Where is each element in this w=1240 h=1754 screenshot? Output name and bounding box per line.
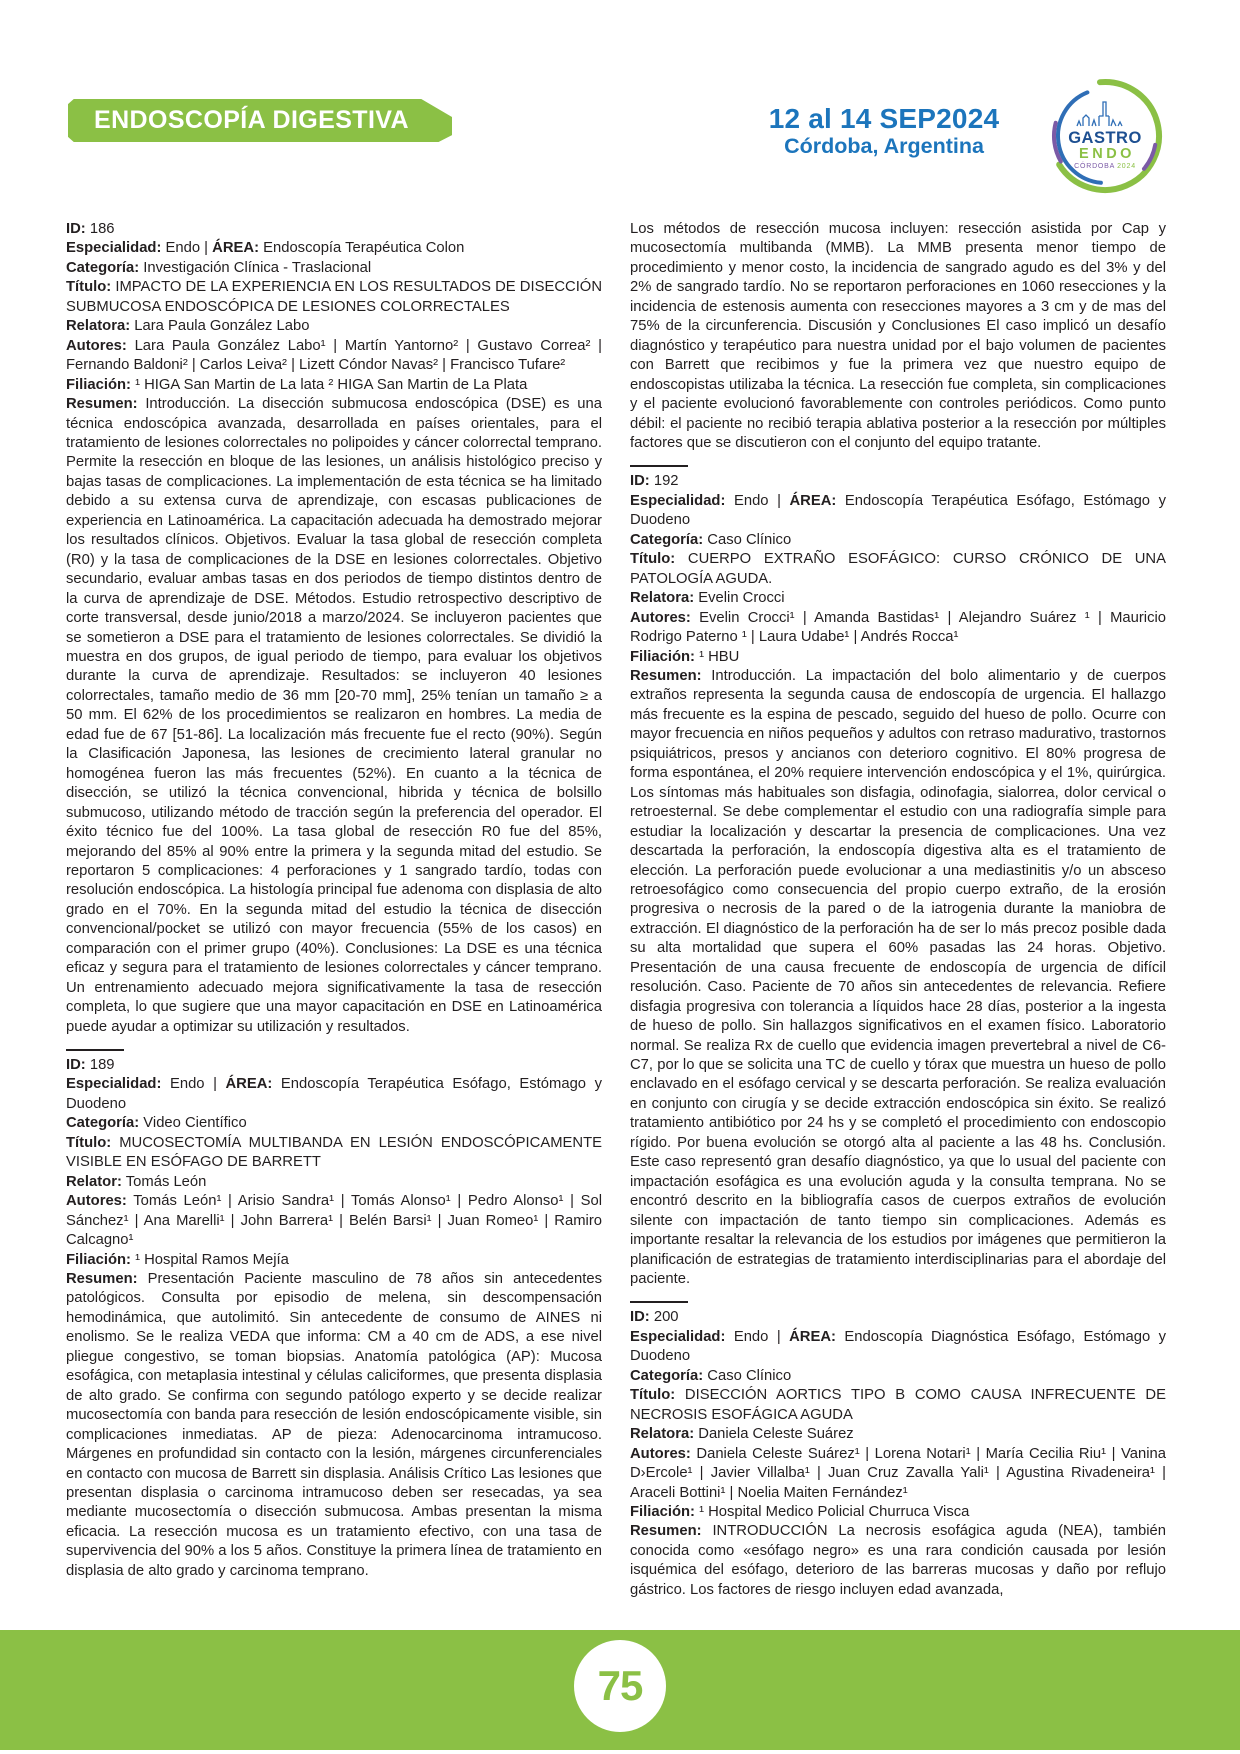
field-text: Investigación Clínica - Traslacional bbox=[139, 260, 371, 276]
field-text: 186 bbox=[86, 221, 115, 237]
abstract-189-relator: Relator: Tomás León bbox=[66, 1173, 602, 1192]
field-label: Categoría: bbox=[630, 1368, 703, 1384]
field-label: ID: bbox=[66, 1057, 86, 1073]
event-location: Córdoba, Argentina bbox=[759, 134, 1009, 158]
field-label: Filiación: bbox=[630, 1504, 695, 1520]
abstract-200-categoria: Categoría: Caso Clínico bbox=[630, 1367, 1166, 1386]
field-label: Resumen: bbox=[630, 1523, 702, 1539]
abstract-200-filiacion: Filiación: ¹ Hospital Medico Policial Ch… bbox=[630, 1503, 1166, 1522]
field-label: Especialidad: bbox=[630, 1329, 725, 1345]
field-text: Lara Paula González Labo¹ | Martín Yanto… bbox=[66, 338, 602, 373]
abstract-189-resumen: Resumen: Presentación Paciente masculino… bbox=[66, 1270, 602, 1581]
field-text: ¹ HIGA San Martin de La lata ² HIGA San … bbox=[131, 377, 527, 393]
field-label: Categoría: bbox=[66, 1115, 139, 1131]
logo-line2: ENDO bbox=[1079, 146, 1135, 162]
gastroendo-logo-svg: GASTRO ENDO CÓRDOBA2024 bbox=[1045, 76, 1165, 196]
left-column: ID: 186Especialidad: Endo | ÁREA: Endosc… bbox=[66, 220, 602, 1628]
abstract-189-id: ID: 189 bbox=[66, 1056, 602, 1075]
field-text: Introducción. La impactación del bolo al… bbox=[630, 668, 1166, 1287]
field-text: Tomás León¹ | Arisio Sandra¹ | Tomás Alo… bbox=[66, 1193, 602, 1248]
field-text: Daniela Celeste Suárez¹ | Lorena Notari¹… bbox=[630, 1446, 1166, 1501]
abstract-192-titulo: Título: CUERPO EXTRAÑO ESOFÁGICO: CURSO … bbox=[630, 550, 1166, 589]
field-text: Endo | bbox=[725, 493, 789, 509]
page-number-badge: 75 bbox=[574, 1640, 666, 1732]
abstract-189-categoria: Categoría: Video Científico bbox=[66, 1114, 602, 1133]
field-text: Caso Clínico bbox=[703, 1368, 791, 1384]
abstract-186-resumen: Resumen: Introducción. La disección subm… bbox=[66, 395, 602, 1037]
field-text: DISECCIÓN AORTICS TIPO B COMO CAUSA INFR… bbox=[630, 1387, 1166, 1422]
abstract-192-filiacion: Filiación: ¹ HBU bbox=[630, 648, 1166, 667]
field-label: Título: bbox=[66, 1135, 111, 1151]
field-text: Evelin Crocci¹ | Amanda Bastidas¹ | Alej… bbox=[630, 610, 1166, 645]
skyline-icon bbox=[1077, 102, 1122, 126]
abstract-200-especialidad: Especialidad: Endo | ÁREA: Endoscopía Di… bbox=[630, 1328, 1166, 1367]
field-label: Resumen: bbox=[66, 1271, 138, 1287]
field-text: Lara Paula González Labo bbox=[130, 318, 309, 334]
abstract-192-id: ID: 192 bbox=[630, 472, 1166, 491]
logo-line1: GASTRO bbox=[1068, 129, 1142, 147]
field-label: Resumen: bbox=[66, 396, 138, 412]
field-text: ¹ Hospital Medico Policial Churruca Visc… bbox=[695, 1504, 969, 1520]
field-label: ÁREA: bbox=[790, 493, 837, 509]
field-label: Autores: bbox=[66, 1193, 127, 1209]
field-label: Categoría: bbox=[66, 260, 139, 276]
field-label: Relatora: bbox=[630, 590, 694, 606]
abstract-book-page: ENDOSCOPÍA DIGESTIVA 12 al 14 SEP2024 Có… bbox=[0, 0, 1240, 1754]
page-number: 75 bbox=[598, 1662, 643, 1710]
abstract-192-autores: Autores: Evelin Crocci¹ | Amanda Bastida… bbox=[630, 609, 1166, 648]
abstract-186-relatora: Relatora: Lara Paula González Labo bbox=[66, 317, 602, 336]
abstract-200-id: ID: 200 bbox=[630, 1308, 1166, 1327]
field-label: ÁREA: bbox=[212, 240, 259, 256]
abstract-189-autores: Autores: Tomás León¹ | Arisio Sandra¹ | … bbox=[66, 1192, 602, 1250]
event-date-block: 12 al 14 SEP2024 Córdoba, Argentina bbox=[759, 103, 1009, 158]
field-label: Resumen: bbox=[630, 668, 702, 684]
field-label: Autores: bbox=[630, 1446, 691, 1462]
field-text: CUERPO EXTRAÑO ESOFÁGICO: CURSO CRÓNICO … bbox=[630, 551, 1166, 586]
separator-line bbox=[630, 1301, 688, 1303]
field-text: Caso Clínico bbox=[703, 532, 791, 548]
abstract-200-titulo: Título: DISECCIÓN AORTICS TIPO B COMO CA… bbox=[630, 1386, 1166, 1425]
gastroendo-logo-icon: GASTRO ENDO CÓRDOBA2024 bbox=[1045, 76, 1165, 196]
field-text: ¹ Hospital Ramos Mejía bbox=[131, 1252, 289, 1268]
field-text: Tomás León bbox=[122, 1174, 206, 1190]
abstract-192-relatora: Relatora: Evelin Crocci bbox=[630, 589, 1166, 608]
field-text: MUCOSECTOMÍA MULTIBANDA EN LESIÓN ENDOSC… bbox=[66, 1135, 602, 1170]
field-text: Endo | bbox=[161, 240, 212, 256]
field-text: 192 bbox=[650, 473, 679, 489]
field-text: IMPACTO DE LA EXPERIENCIA EN LOS RESULTA… bbox=[66, 279, 602, 314]
abstract-186-id: ID: 186 bbox=[66, 220, 602, 239]
abstract-189-continuation: Los métodos de resección mucosa incluyen… bbox=[630, 220, 1166, 453]
abstract-200-autores: Autores: Daniela Celeste Suárez¹ | Loren… bbox=[630, 1445, 1166, 1503]
abstract-192-especialidad: Especialidad: Endo | ÁREA: Endoscopía Te… bbox=[630, 492, 1166, 531]
field-label: ID: bbox=[66, 221, 86, 237]
field-label: Autores: bbox=[66, 338, 127, 354]
logo-line3: CÓRDOBA2024 bbox=[1074, 161, 1136, 170]
separator-line bbox=[66, 1049, 124, 1051]
abstract-186-filiacion: Filiación: ¹ HIGA San Martin de La lata … bbox=[66, 376, 602, 395]
field-label: Relator: bbox=[66, 1174, 122, 1190]
abstract-200-resumen: Resumen: INTRODUCCIÓN La necrosis esofág… bbox=[630, 1522, 1166, 1600]
abstract-200-relatora: Relatora: Daniela Celeste Suárez bbox=[630, 1425, 1166, 1444]
right-column: Los métodos de resección mucosa incluyen… bbox=[630, 220, 1166, 1628]
field-label: Título: bbox=[630, 551, 675, 567]
field-label: Filiación: bbox=[66, 377, 131, 393]
abstract-189-especialidad: Especialidad: Endo | ÁREA: Endoscopía Te… bbox=[66, 1075, 602, 1114]
field-text: Presentación Paciente masculino de 78 añ… bbox=[66, 1271, 602, 1579]
field-label: Relatora: bbox=[66, 318, 130, 334]
abstract-189-titulo: Título: MUCOSECTOMÍA MULTIBANDA EN LESIÓ… bbox=[66, 1134, 602, 1173]
field-label: Título: bbox=[66, 279, 111, 295]
section-banner-label: ENDOSCOPÍA DIGESTIVA bbox=[68, 106, 409, 135]
field-text: ¹ HBU bbox=[695, 649, 739, 665]
abstracts-content: ID: 186Especialidad: Endo | ÁREA: Endosc… bbox=[66, 220, 1166, 1628]
abstract-192-resumen: Resumen: Introducción. La impactación de… bbox=[630, 667, 1166, 1290]
field-text: Endoscopía Terapéutica Colon bbox=[259, 240, 464, 256]
field-text: Introducción. La disección submucosa end… bbox=[66, 396, 602, 1035]
abstract-192-categoria: Categoría: Caso Clínico bbox=[630, 531, 1166, 550]
abstract-186-autores: Autores: Lara Paula González Labo¹ | Mar… bbox=[66, 337, 602, 376]
field-label: Especialidad: bbox=[630, 493, 725, 509]
field-label: ID: bbox=[630, 1309, 650, 1325]
field-label: ÁREA: bbox=[789, 1329, 836, 1345]
field-label: Filiación: bbox=[66, 1252, 131, 1268]
field-text: Endo | bbox=[161, 1076, 225, 1092]
field-label: Filiación: bbox=[630, 649, 695, 665]
field-text: Endo | bbox=[725, 1329, 789, 1345]
event-dates: 12 al 14 SEP2024 bbox=[759, 103, 1009, 134]
field-text: Evelin Crocci bbox=[694, 590, 784, 606]
field-label: Título: bbox=[630, 1387, 675, 1403]
field-text: INTRODUCCIÓN La necrosis esofágica aguda… bbox=[630, 1523, 1166, 1597]
field-label: Especialidad: bbox=[66, 1076, 161, 1092]
field-text: Los métodos de resección mucosa incluyen… bbox=[630, 221, 1166, 451]
abstract-186-especialidad: Especialidad: Endo | ÁREA: Endoscopía Te… bbox=[66, 239, 602, 258]
field-label: Relatora: bbox=[630, 1426, 694, 1442]
abstract-186-categoria: Categoría: Investigación Clínica - Trasl… bbox=[66, 259, 602, 278]
field-label: Categoría: bbox=[630, 532, 703, 548]
field-label: ÁREA: bbox=[226, 1076, 273, 1092]
logo-line3-year: 2024 bbox=[1117, 163, 1136, 170]
section-banner: ENDOSCOPÍA DIGESTIVA bbox=[68, 99, 452, 142]
separator-line bbox=[630, 465, 688, 467]
field-text: 189 bbox=[86, 1057, 115, 1073]
field-text: Video Científico bbox=[139, 1115, 246, 1131]
abstract-189-filiacion: Filiación: ¹ Hospital Ramos Mejía bbox=[66, 1251, 602, 1270]
field-label: Autores: bbox=[630, 610, 691, 626]
field-label: ID: bbox=[630, 473, 650, 489]
field-text: 200 bbox=[650, 1309, 679, 1325]
abstract-186-titulo: Título: IMPACTO DE LA EXPERIENCIA EN LOS… bbox=[66, 278, 602, 317]
logo-line3-city: CÓRDOBA bbox=[1074, 161, 1115, 170]
field-text: Daniela Celeste Suárez bbox=[694, 1426, 854, 1442]
field-label: Especialidad: bbox=[66, 240, 161, 256]
